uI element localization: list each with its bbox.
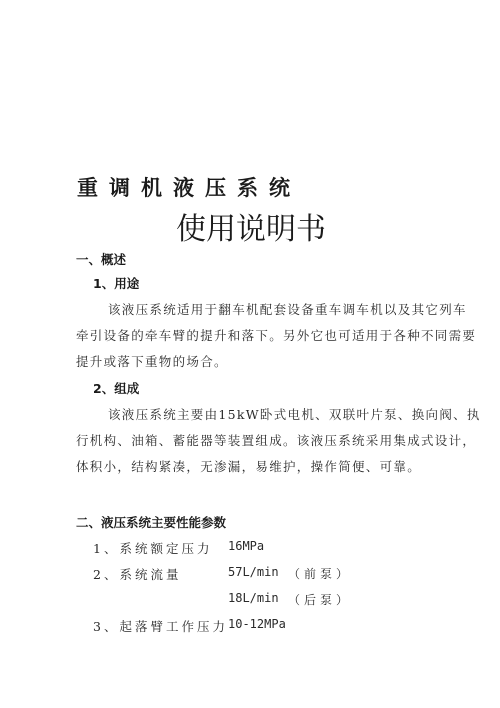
section-heading-overview: 一、概述: [76, 250, 126, 268]
param-value: 57L/min: [228, 565, 279, 579]
param-value: 16MPa: [228, 539, 264, 553]
param-note: （后泵）: [288, 591, 352, 608]
section-heading-parameters: 二、液压系统主要性能参数: [76, 513, 226, 531]
subsection-heading-purpose: 1、用途: [93, 274, 139, 292]
paragraph-line: 行机构、油箱、蓄能器等装置组成。该液压系统采用集成式设计，: [76, 431, 476, 449]
param-note: （前泵）: [288, 565, 352, 582]
paragraph-line: 该液压系统主要由15kW卧式电机、双联叶片泵、换向阀、执: [108, 405, 481, 423]
param-label: 3、起落臂工作压力: [93, 617, 228, 635]
paragraph-line: 该液压系统适用于翻车机配套设备重车调车机以及其它列车: [108, 300, 467, 318]
param-value: 10-12MPa: [228, 617, 286, 631]
param-value: 18L/min: [228, 591, 279, 605]
document-title-line1: 重调机液压系统: [77, 172, 301, 202]
paragraph-line: 牵引设备的牵车臂的提升和落下。另外它也可适用于各种不同需要: [76, 326, 476, 344]
document-title-line2: 使用说明书: [176, 204, 326, 248]
paragraph-line: 提升或落下重物的场合。: [76, 352, 228, 370]
param-label: 2、系统流量: [93, 565, 181, 583]
subsection-heading-composition: 2、组成: [93, 379, 139, 397]
param-label: 1、系统额定压力: [93, 539, 212, 557]
paragraph-line: 体积小，结构紧凑，无渗漏，易维护，操作简便、可靠。: [76, 457, 421, 475]
